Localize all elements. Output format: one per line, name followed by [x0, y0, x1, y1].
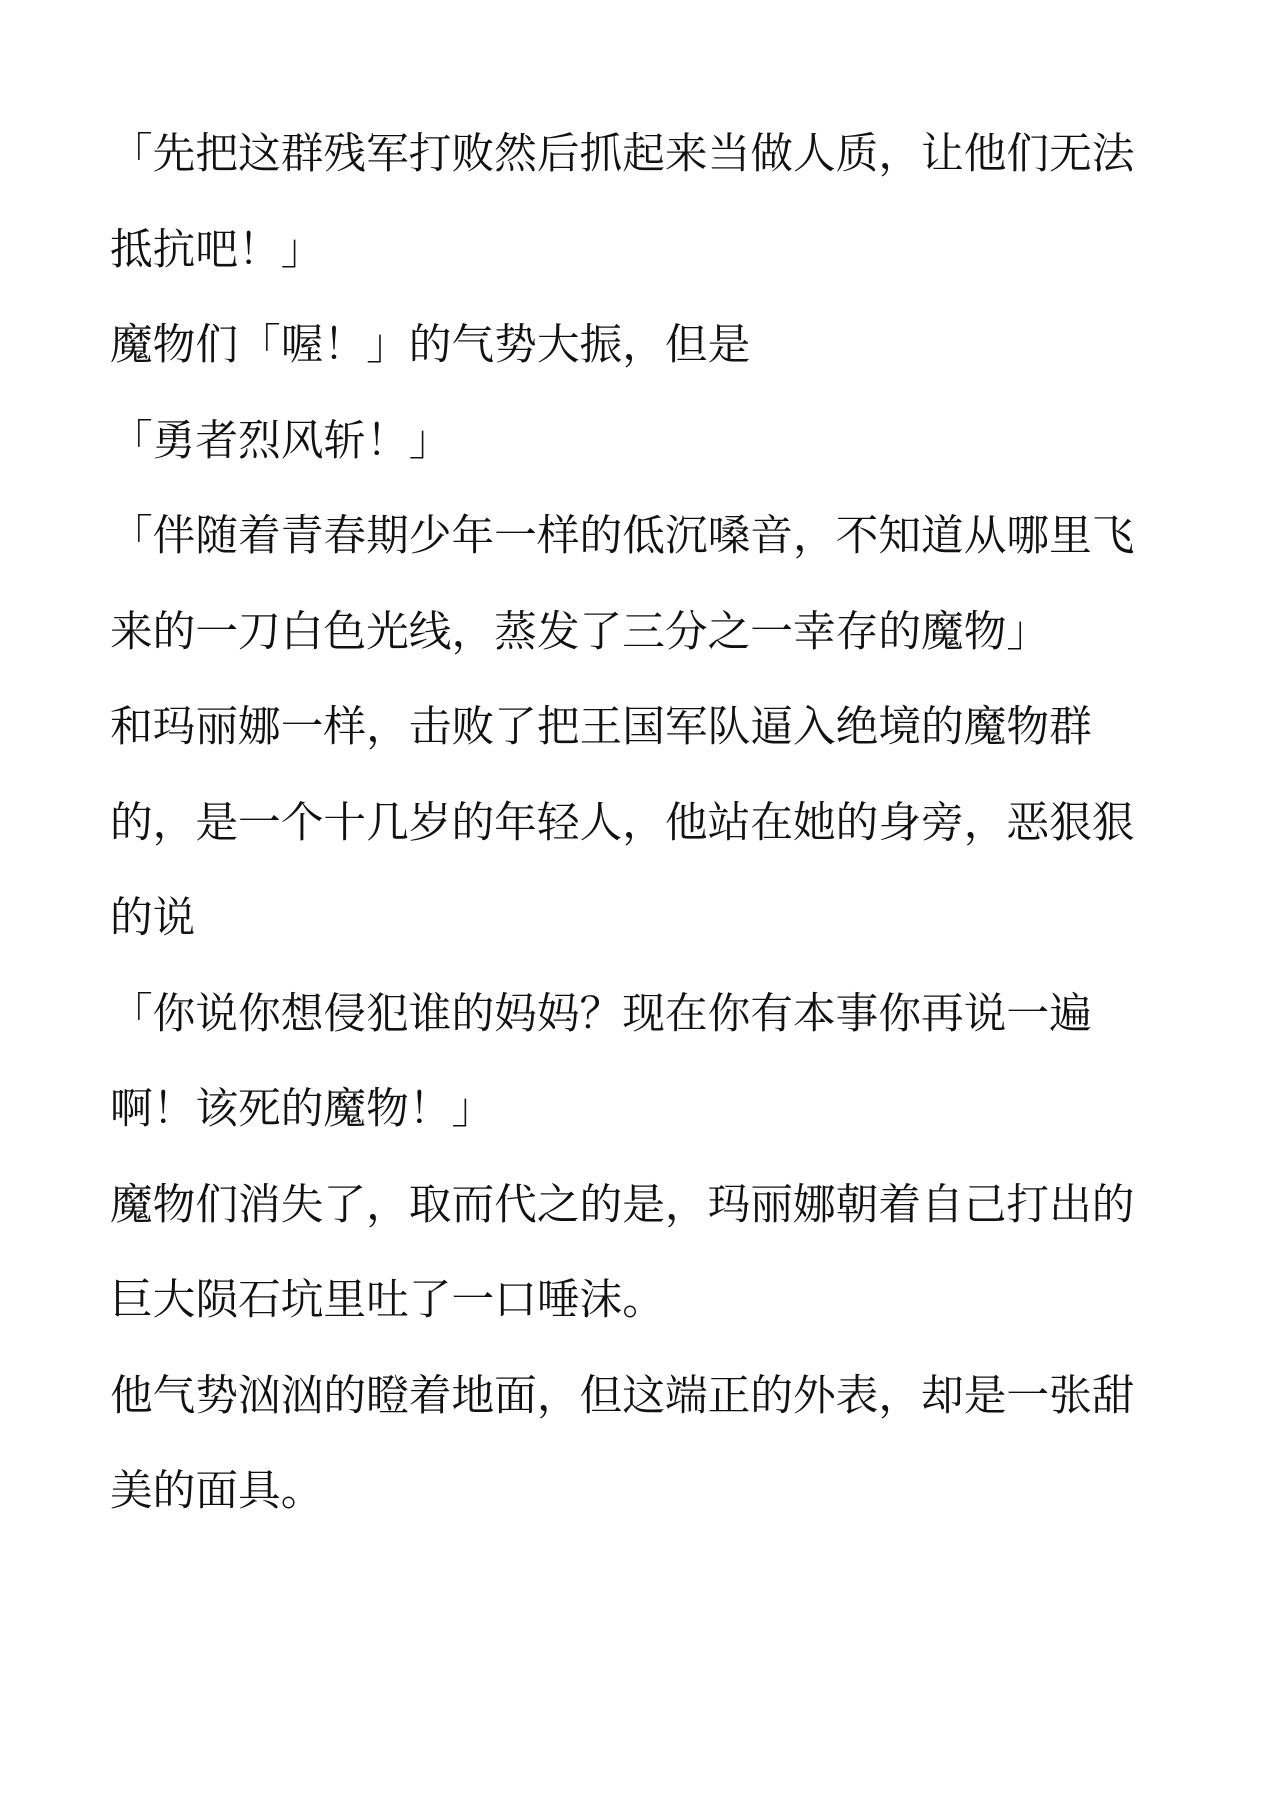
- text-line-8: 的，是一个十几岁的年轻人，他站在她的身旁，恶狠狠: [110, 793, 1135, 853]
- text-line-9: 的说: [110, 888, 195, 948]
- text-line-6: 来的一刀白色光线，蒸发了三分之一幸存的魔物」: [110, 602, 1049, 662]
- text-line-10: 「你说你想侵犯谁的妈妈？现在你有本事你再说一遍: [110, 984, 1092, 1044]
- text-line-14: 他气势汹汹的瞪着地面，但这端正的外表，却是一张甜: [110, 1366, 1135, 1426]
- text-line-4: 「勇者烈风斩！」: [110, 411, 452, 471]
- text-line-3: 魔物们「喔！」的气势大振，但是: [110, 315, 750, 375]
- text-line-1: 「先把这群残军打败然后抓起来当做人质，让他们无法: [110, 124, 1135, 184]
- text-line-2: 抵抗吧！」: [110, 220, 323, 280]
- text-line-7: 和玛丽娜一样，击败了把王国军队逼入绝境的魔物群: [110, 697, 1092, 757]
- text-line-5: 「伴随着青春期少年一样的低沉嗓音，不知道从哪里飞: [110, 506, 1135, 566]
- text-line-12: 魔物们消失了，取而代之的是，玛丽娜朝着自己打出的: [110, 1175, 1135, 1235]
- text-line-11: 啊！该死的魔物！」: [110, 1079, 494, 1139]
- text-line-13: 巨大陨石坑里吐了一口唾沫。: [110, 1270, 665, 1330]
- text-line-15: 美的面具。: [110, 1461, 323, 1521]
- document-page: 「先把这群残军打败然后抓起来当做人质，让他们无法 抵抗吧！」 魔物们「喔！」的气…: [0, 0, 1280, 1816]
